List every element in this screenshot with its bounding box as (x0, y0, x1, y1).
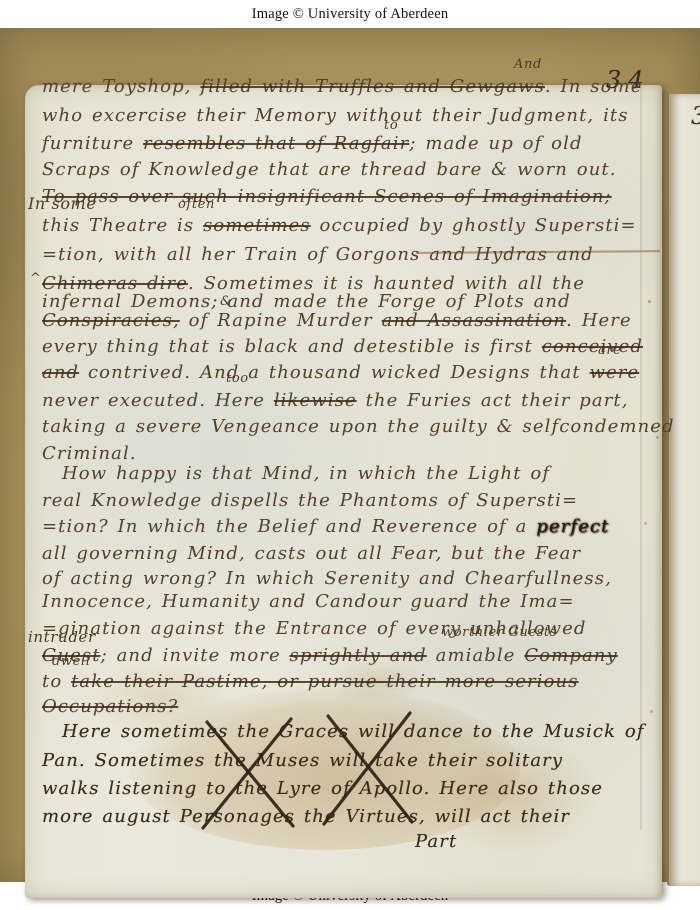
stain (326, 660, 426, 704)
top-caption-band: Image © University of Aberdeen (0, 0, 700, 28)
foxing-spots (648, 300, 651, 303)
scanned-manuscript-screen: Image © University of Aberdeen 3 34 mere… (0, 0, 700, 910)
top-copyright-caption: Image © University of Aberdeen (252, 6, 449, 23)
stain (88, 658, 238, 742)
stain (428, 736, 598, 852)
next-page-edge: 3 (667, 94, 700, 886)
page-number: 34 (606, 66, 651, 94)
page-crease (640, 60, 642, 830)
next-page-number: 3 (691, 102, 700, 130)
